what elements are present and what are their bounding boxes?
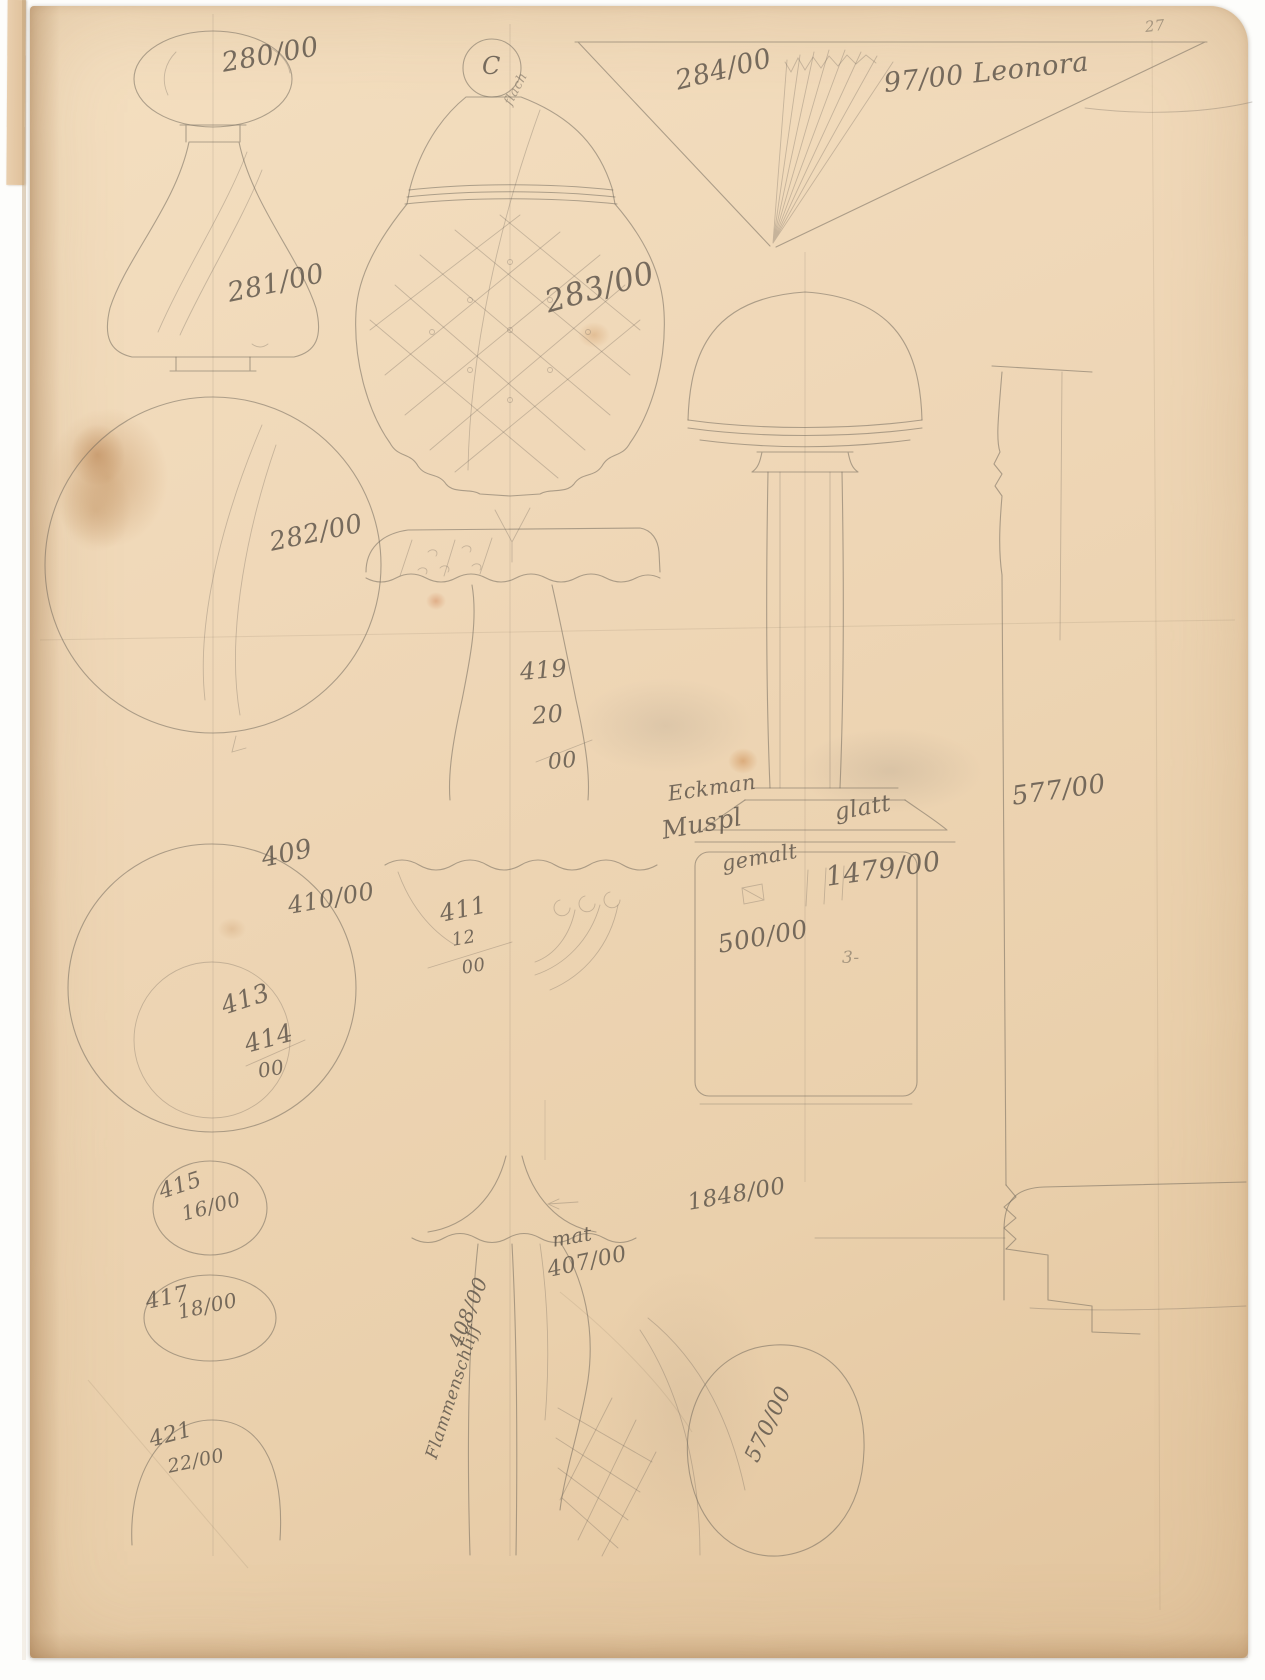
- collar-mark-c: C: [482, 54, 501, 78]
- model-number-419: 419: [519, 656, 568, 684]
- sketch-box-1848: [1004, 1182, 1246, 1310]
- model-number-419-den: 00: [547, 750, 578, 774]
- sketch-table-lamp-1479: [688, 292, 1005, 1238]
- sketch-blob-570: [687, 1345, 864, 1556]
- model-number-411-den: 00: [460, 956, 487, 978]
- note-3: 3-: [842, 950, 860, 967]
- model-number-414-den: 00: [256, 1057, 286, 1081]
- crosshatch-pattern: [556, 1398, 656, 1556]
- model-number-411-num: 12: [450, 928, 477, 950]
- model-number-419-num: 20: [531, 701, 565, 728]
- ornament-drop-marks: [400, 538, 492, 576]
- note-mat: mat: [550, 1223, 593, 1250]
- scanned-sketch-sheet: 27 280/00 281/00 282/00 C flach 283/00 2…: [30, 6, 1248, 1658]
- page-number: 27: [1144, 18, 1166, 35]
- sketch-moulding-profile-577: [992, 366, 1140, 1334]
- sketch-shade-cap-419: [366, 508, 660, 800]
